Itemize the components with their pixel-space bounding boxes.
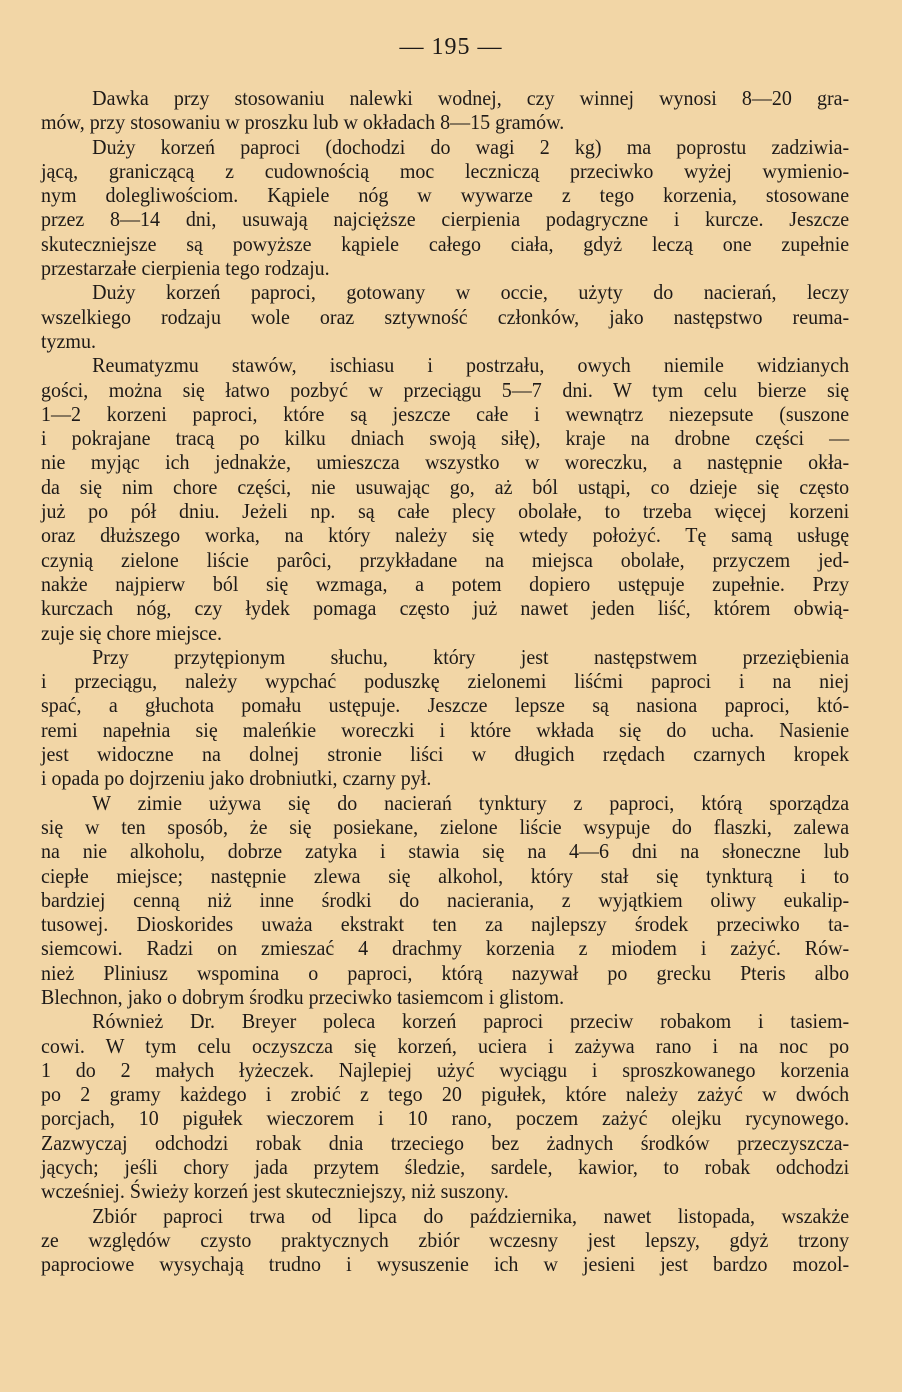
paragraph: Przy przytępionym słuchu, który jest nas… — [41, 645, 849, 791]
page-body: Dawka przy stosowaniu nalewki wodnej, cz… — [41, 86, 849, 1277]
text-line: i przeciągu, należy wypchać poduszkę zie… — [41, 669, 849, 693]
text-line: Zazwyczaj odchodzi robak dnia trzeciego … — [41, 1131, 849, 1155]
text-line: da się nim chore części, nie usuwając go… — [41, 475, 849, 499]
text-line: czynią zielone liście parôci, przykładan… — [41, 548, 849, 572]
text-line: jest widoczne na dolnej stronie liści w … — [41, 742, 849, 766]
text-line: oraz dłuższego worka, na który należy si… — [41, 523, 849, 547]
paragraph: Dawka przy stosowaniu nalewki wodnej, cz… — [41, 86, 849, 135]
text-line: Zbiór paproci trwa od lipca do październ… — [41, 1204, 849, 1228]
text-line: zuje się chore miejsce. — [41, 621, 849, 645]
paragraph: Duży korzeń paproci (dochodzi do wagi 2 … — [41, 135, 849, 281]
text-line: i opada po dojrzeniu jako drobniutki, cz… — [41, 766, 849, 790]
paragraph: W zimie używa się do nacierań tynktury z… — [41, 791, 849, 1010]
paragraph: Zbiór paproci trwa od lipca do październ… — [41, 1204, 849, 1277]
text-line: bardziej cenną niż inne środki do nacier… — [41, 888, 849, 912]
text-line: Duży korzeń paproci, gotowany w occie, u… — [41, 280, 849, 304]
text-line: remi napełnia się maleńkie woreczki i kt… — [41, 718, 849, 742]
text-line: na nie alkoholu, dobrze zatyka i stawia … — [41, 839, 849, 863]
text-line: wcześniej. Świeży korzeń jest skutecznie… — [41, 1179, 849, 1203]
text-line: Duży korzeń paproci (dochodzi do wagi 2 … — [41, 135, 849, 159]
paragraph: Również Dr. Breyer poleca korzeń paproci… — [41, 1009, 849, 1203]
text-line: Blechnon, jako o dobrym środku przeciwko… — [41, 985, 849, 1009]
text-line: gości, można się łatwo pozbyć w przeciąg… — [41, 378, 849, 402]
text-line: 1—2 korzeni paproci, które są jeszcze ca… — [41, 402, 849, 426]
text-line: 1 do 2 małych łyżeczek. Najlepiej użyć w… — [41, 1058, 849, 1082]
text-line: przez 8—14 dni, usuwają najcięższe cierp… — [41, 207, 849, 231]
text-line: W zimie używa się do nacierań tynktury z… — [41, 791, 849, 815]
paragraph: Duży korzeń paproci, gotowany w occie, u… — [41, 280, 849, 353]
text-line: po 2 gramy każdego i zrobić z tego 20 pi… — [41, 1082, 849, 1106]
text-line: przestarzałe cierpienia tego rodzaju. — [41, 256, 849, 280]
text-line: tusowej. Dioskorides uważa ekstrakt ten … — [41, 912, 849, 936]
text-line: nakże najpierw ból się wzmaga, a potem d… — [41, 572, 849, 596]
text-line: nie myjąc ich jednakże, umieszcza wszyst… — [41, 450, 849, 474]
text-line: nież Pliniusz wspomina o paproci, którą … — [41, 961, 849, 985]
text-line: Również Dr. Breyer poleca korzeń paproci… — [41, 1009, 849, 1033]
text-line: skuteczniejsze są powyższe kąpiele całeg… — [41, 232, 849, 256]
text-line: porcjach, 10 pigułek wieczorem i 10 rano… — [41, 1106, 849, 1130]
text-line: tyzmu. — [41, 329, 849, 353]
text-line: się w ten sposób, że się posiekane, ziel… — [41, 815, 849, 839]
text-line: wszelkiego rodzaju wole oraz sztywność c… — [41, 305, 849, 329]
text-line: i pokrajane tracą po kilku dniach swoją … — [41, 426, 849, 450]
text-line: spać, a głuchota pomału ustępuje. Jeszcz… — [41, 693, 849, 717]
text-line: Reumatyzmu stawów, ischiasu i postrzału,… — [41, 353, 849, 377]
text-line: jącą, graniczącą z cudownością moc leczn… — [41, 159, 849, 183]
text-line: cowi. W tym celu oczyszcza się korzeń, u… — [41, 1034, 849, 1058]
text-line: ciepłe miejsce; następnie zlewa się alko… — [41, 864, 849, 888]
text-line: siemcowi. Radzi on zmieszać 4 drachmy ko… — [41, 936, 849, 960]
text-line: paprociowe wysychają trudno i wysuszenie… — [41, 1252, 849, 1276]
text-line: Dawka przy stosowaniu nalewki wodnej, cz… — [41, 86, 849, 110]
text-line: już po pół dniu. Jeżeli np. są całe plec… — [41, 499, 849, 523]
text-line: kurczach nóg, czy łydek pomaga często ju… — [41, 596, 849, 620]
text-line: Przy przytępionym słuchu, który jest nas… — [41, 645, 849, 669]
page-number: — 195 — — [0, 34, 902, 61]
text-line: nym dolegliwościom. Kąpiele nóg w wywarz… — [41, 183, 849, 207]
text-line: jących; jeśli chory jada przytem śledzie… — [41, 1155, 849, 1179]
text-line: mów, przy stosowaniu w proszku lub w okł… — [41, 110, 849, 134]
paragraph: Reumatyzmu stawów, ischiasu i postrzału,… — [41, 353, 849, 645]
text-line: ze względów czysto praktycznych zbiór wc… — [41, 1228, 849, 1252]
